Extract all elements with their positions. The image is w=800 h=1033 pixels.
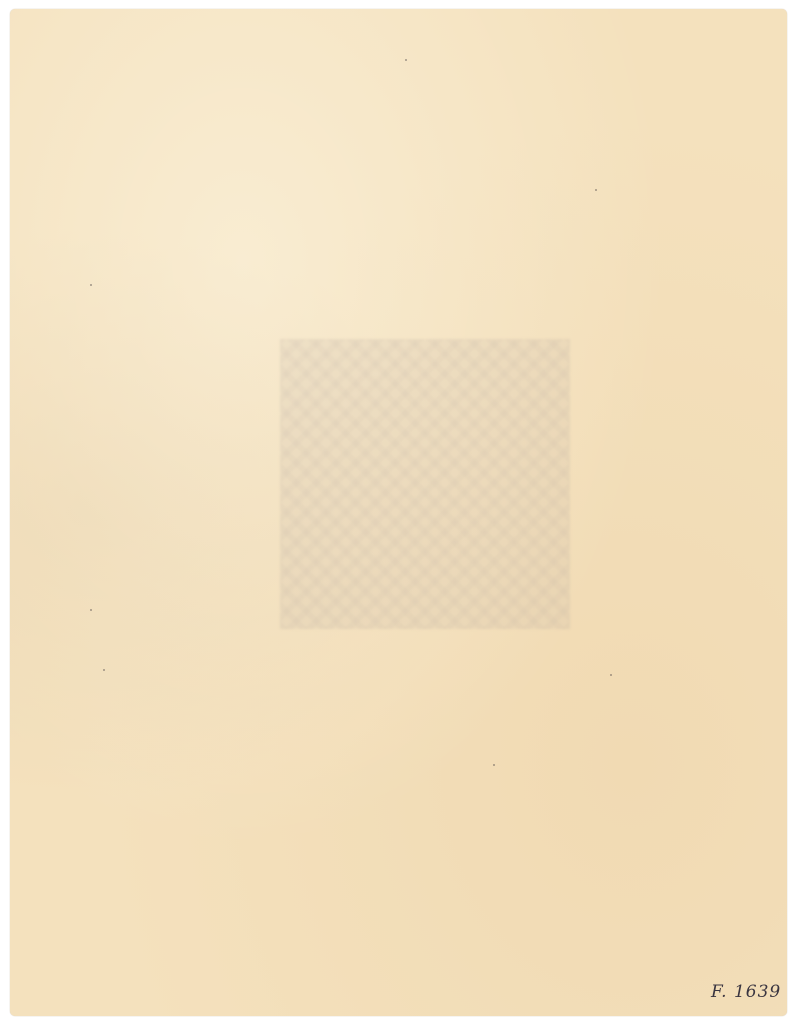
- paper-sheet: [10, 9, 787, 1016]
- paper-speck: [493, 764, 495, 766]
- paper-speck: [90, 284, 92, 286]
- paper-speck: [90, 609, 92, 611]
- paper-speck: [405, 59, 407, 61]
- paper-speck: [595, 189, 597, 191]
- print-show-through: [280, 339, 570, 629]
- paper-speck: [610, 674, 612, 676]
- paper-speck: [103, 669, 105, 671]
- catalog-number: F. 1639: [711, 982, 781, 1002]
